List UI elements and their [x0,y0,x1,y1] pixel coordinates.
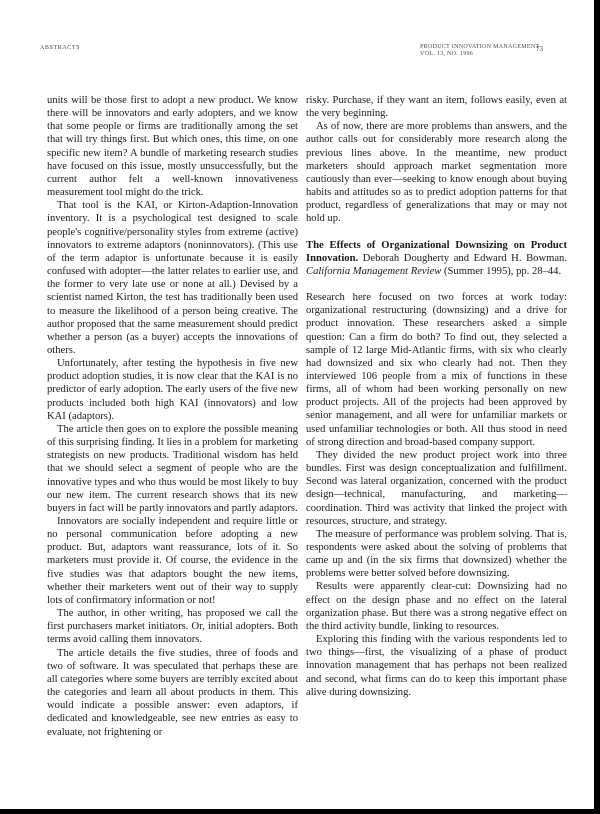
scan-border-bottom [0,809,600,814]
paragraph: Research here focused on two forces at w… [306,291,567,449]
article-details: (Summer 1995), pp. 28–44. [444,266,561,277]
scan-border-right [594,0,600,814]
right-column: risky. Purchase, if they want an item, f… [306,94,567,699]
journal-name: PRODUCT INNOVATION MANAGEMENT [420,44,539,51]
paragraph: Exploring this finding with the various … [306,633,567,699]
paragraph: As of now, there are more problems than … [306,120,567,225]
left-column: units will be those first to adopt a new… [47,94,298,739]
running-head-journal: PRODUCT INNOVATION MANAGEMENT Vol. 13, N… [420,44,539,57]
paragraph: They divided the new product project wor… [306,449,567,528]
journal-volume: Vol. 13, No. 1996 [420,51,539,58]
paragraph: The author, in other writing, has propos… [47,607,298,646]
paragraph: Unfortunately, after testing the hypothe… [47,357,298,423]
paragraph: The article details the five studies, th… [47,647,298,739]
paragraph: risky. Purchase, if they want an item, f… [306,94,567,120]
article-authors: Deborah Dougherty and Edward H. Bowman. [363,253,567,264]
article-citation: The Effects of Organizational Downsizing… [306,239,567,278]
paragraph: The article then goes on to explore the … [47,423,298,515]
paragraph: units will be those first to adopt a new… [47,94,298,199]
paragraph: Innovators are socially independent and … [47,515,298,607]
paragraph: Results were apparently clear-cut: Downs… [306,580,567,633]
running-head-section: ABSTRACTS [40,45,80,51]
article-journal: California Management Review [306,266,441,277]
paragraph: That tool is the KAI, or Kirton-Adaption… [47,199,298,357]
document-page: ABSTRACTS PRODUCT INNOVATION MANAGEMENT … [0,0,594,809]
page-number: 73 [536,45,543,53]
paragraph: The measure of performance was problem s… [306,528,567,581]
